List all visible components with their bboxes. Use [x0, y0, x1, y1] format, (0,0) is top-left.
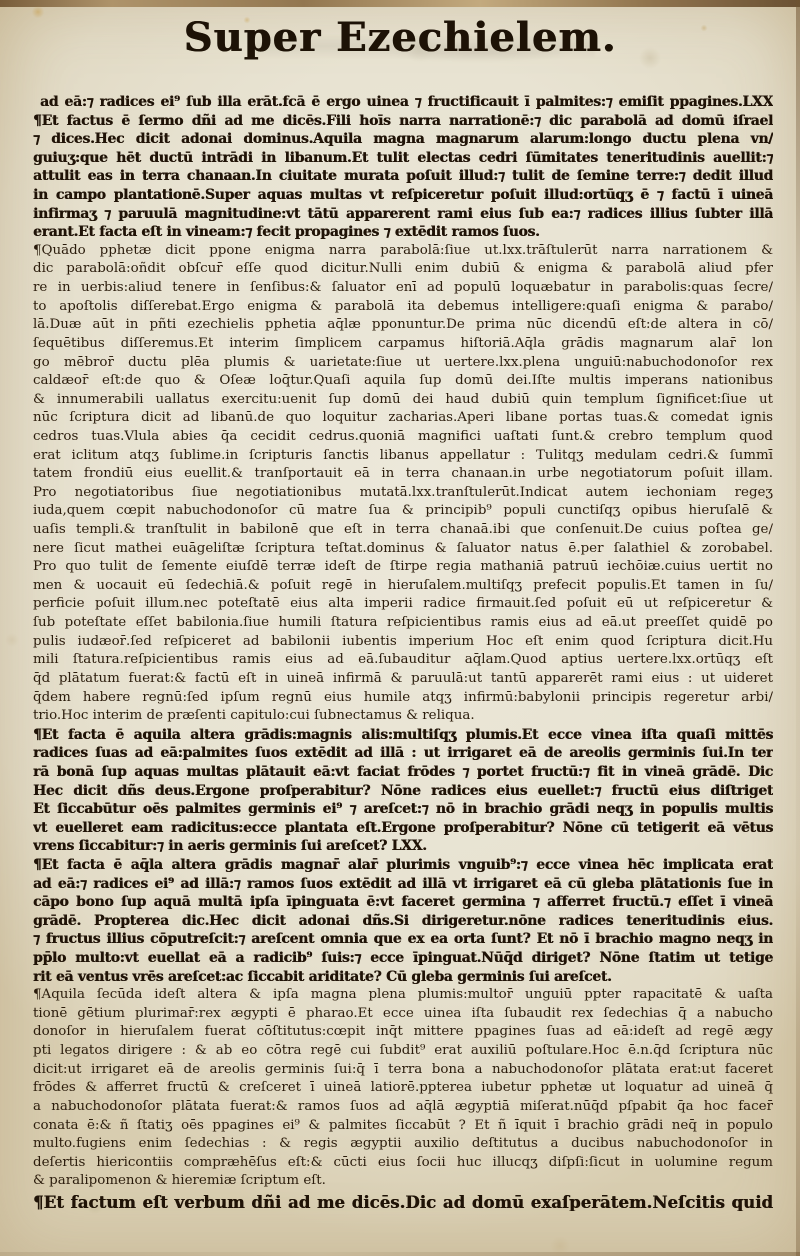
text-line: Et ſiccabūtur oēs palmites germinis ei⁹ …	[33, 801, 773, 820]
text-line: nere ſicut mathei euāgeliſtæ ſcriptura t…	[33, 541, 773, 560]
text-line: to apoſtolis diſſerebat.Ergo enigma & pa…	[33, 299, 773, 318]
text-line: ¶Et facta ē aq̄la altera grādis magnar̄ …	[33, 857, 773, 876]
text-line: ¶Aquila ſecūda ideſt altera & ipſa magna…	[33, 987, 773, 1006]
text-line: erant.Et facta eſt in vineam:⁊ fecit pro…	[33, 224, 773, 243]
text-line: donoſor in hieruſalem fuerat cōſtitutus:…	[33, 1024, 773, 1043]
text-line: nūc ſcriptura dicit ad libanū.de quo loq…	[33, 410, 773, 429]
text-line: radices ſuas ad eā:palmites ſuos extēdit…	[33, 745, 773, 764]
text-line: pp̄lo multo:vt euellat eā a radicib⁹ ſui…	[33, 950, 773, 969]
text-line: men & uocauit eū ſedechiā.& poſuit regē …	[33, 578, 773, 597]
text-line: trio.Hoc interim de præſenti capitulo:cu…	[33, 708, 773, 727]
text-line: pulis iudæor̄.ſed reſpiceret ad babiloni…	[33, 634, 773, 653]
paper-edge-bottom	[0, 1252, 800, 1256]
text-line: Pro negotiatoribus ſiue negotiationibus …	[33, 485, 773, 504]
text-line: perficie poſuit illum.nec poteſtatē eius…	[33, 596, 773, 615]
text-line: guiuʒ:que hēt ductū intrādi in libanum.E…	[33, 150, 773, 169]
text-line: q̄d plātatum fuerat:& factū eſt in uineā…	[33, 671, 773, 690]
text-line: attulit eas in terra chanaan.In ciuitate…	[33, 168, 773, 187]
book-page: Super Ezechielem. ad eā:⁊ radices ei⁹ ſu…	[0, 0, 800, 1256]
text-line: in campo plantationē.Super aquas multas …	[33, 187, 773, 206]
text-line: caldæor̄ eſt:de quo & Oſeæ loq̄tur.Quaſi…	[33, 373, 773, 392]
text-line: mili ſtatura.reſpicientibus ramis eius a…	[33, 652, 773, 671]
text-line: ſub poteſtate eſſet babilonia.ſiue humil…	[33, 615, 773, 634]
text-line: ¶Et factus ē ſermo dñi ad me dicēs.Fili …	[33, 113, 773, 132]
text-line: go mēbror̄ ductu plēa plumis & uarietate…	[33, 355, 773, 374]
text-line: q̄dem habere regnū:ſed ipſum regnū eius …	[33, 690, 773, 709]
text-line: conata ē:& ñ ſtatiʒ oēs ppagines ei⁹ & p…	[33, 1118, 773, 1137]
text-line: ¶Quādo pphetæ dicit̄ ppone enigma narra …	[33, 243, 773, 262]
text-line: tatem frondiū eius euellit.& tranſportau…	[33, 466, 773, 485]
text-line: ¶Et factum eſt verbum dñi ad me dicēs.Di…	[33, 1192, 773, 1211]
text-line: lā.Duæ aūt in pñti ezechielis pphetia aq…	[33, 317, 773, 336]
text-line: cedros tuas.Vlula abies q̄a cecidit cedr…	[33, 429, 773, 448]
text-line: dicit:ut irrigaret eā de areolis germini…	[33, 1062, 773, 1081]
text-line: iuda,quem cœpit nabuchodonoſor cū matre …	[33, 503, 773, 522]
paragraph-gothic: ¶Et facta ē aq̄la altera grādis magnar̄ …	[33, 857, 773, 987]
text-line: & paralipomenon & hieremiæ ſcriptum eſt.	[33, 1173, 773, 1192]
text-line: grādē. Propterea dic.Hec dicit adonai dñ…	[33, 913, 773, 932]
text-line: erat iclitum atqʒ ſublime.in ſcripturis …	[33, 448, 773, 467]
text-block: ad eā:⁊ radices ei⁹ ſub illa erāt.fcā ē …	[33, 94, 773, 1211]
text-line: tionē gētium plurimar̄:rex ægypti ē phar…	[33, 1006, 773, 1025]
paper-edge-right	[796, 0, 800, 1256]
text-line: multo.fugiens enim ſedechias : & regis æ…	[33, 1136, 773, 1155]
text-line: Hec dicit dñs deus.Ergone proſperabitur?…	[33, 783, 773, 802]
paragraph-gothic: ad eā:⁊ radices ei⁹ ſub illa erāt.fcā ē …	[33, 94, 773, 113]
text-line: cāpo bono ſup aquā multā ipſa īpinguata …	[33, 894, 773, 913]
text-line: a nabuchodonoſor plātata fuerat:& ramos …	[33, 1099, 773, 1118]
text-line: rā bonā ſup aquas multas plātauit eā:vt …	[33, 764, 773, 783]
text-line: ad eā:⁊ radices ei⁹ ſub illa erāt.fcā ē …	[33, 94, 773, 113]
paragraph-gothic: ¶Et facta ē aquila altera grādis:magnis …	[33, 727, 773, 857]
paper-edge-top	[0, 0, 800, 7]
text-line: ¶Et facta ē aquila altera grādis:magnis …	[33, 727, 773, 746]
text-line: ⁊ dices.Hec dicit adonai dominus.Aquila …	[33, 131, 773, 150]
text-line: uaſis templi.& tranſtulit in babilonē qu…	[33, 522, 773, 541]
paragraph-roman: ¶Aquila ſecūda ideſt altera & ipſa magna…	[33, 987, 773, 1192]
text-line: dic parabolā:oñdit obſcur̄ eſſe quod dic…	[33, 261, 773, 280]
text-line: ſequētibus diſſeremus.Et interim ſimplic…	[33, 336, 773, 355]
paragraph-gothic: ¶Et factus ē ſermo dñi ad me dicēs.Fili …	[33, 113, 773, 243]
text-line: re in uerbis:aliud tenere in ſenſibus:& …	[33, 280, 773, 299]
text-line: infirmaʒ ⁊ paruulā magnitudine:vt tātū a…	[33, 206, 773, 225]
text-line: pti legatos dirigere : & ab eo cōtra reg…	[33, 1043, 773, 1062]
paragraph-gothic-large: ¶Et factum eſt verbum dñi ad me dicēs.Di…	[33, 1192, 773, 1211]
text-line: deſertis hiericontiis compræhēſus eſt:& …	[33, 1155, 773, 1174]
text-line: ad eā:⁊ radices ei⁹ ad illā:⁊ ramos ſuos…	[33, 876, 773, 895]
text-line: ⁊ fructus illius cōputreſcit:⁊ areſcent …	[33, 931, 773, 950]
paragraph-roman: ¶Quādo pphetæ dicit̄ ppone enigma narra …	[33, 243, 773, 727]
text-line: & innumerabili uallatus exercitu:uenit ſ…	[33, 392, 773, 411]
text-line: Pro quo tulit de ſemente eiuſdē terræ id…	[33, 559, 773, 578]
page-title: Super Ezechielem.	[0, 14, 800, 61]
text-line: frōdes & afferret fructū & creſceret ī u…	[33, 1080, 773, 1099]
text-line: vt euelleret eam radicitus:ecce plantata…	[33, 820, 773, 839]
text-line: vrens ſiccabitur:⁊ in aeris germinis ſui…	[33, 838, 773, 857]
text-line: rit eā ventus vrēs areſcet:ac ſiccabit̄ …	[33, 969, 773, 988]
